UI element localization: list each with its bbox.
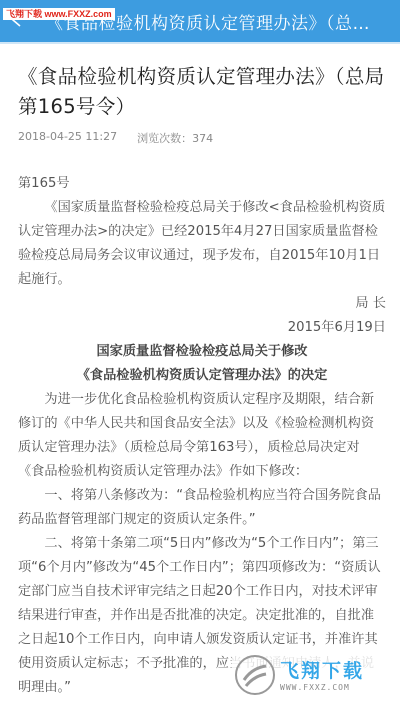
watermark-logo-icon <box>234 654 276 696</box>
watermark-top: 飞翔下载 www.FXXZ.com <box>3 8 115 20</box>
header-divider <box>0 42 400 44</box>
article: 《食品检验机构资质认定管理办法》（总局第165号令） 2018-04-25 11… <box>18 62 386 700</box>
watermark-bottom: 飞翔下载 WWW.FXXZ.COM <box>232 651 390 699</box>
article-meta: 2018-04-25 11:27 浏览次数：374 <box>18 130 386 146</box>
publish-date: 2018-04-25 11:27 <box>18 130 117 146</box>
view-count: 浏览次数：374 <box>137 130 213 146</box>
paragraph-intro: 《国家质量监督检验检疫总局关于修改<食品检验机构资质认定管理办法>的决定》已经2… <box>18 196 386 292</box>
decision-heading-line2: 《食品检验机构资质认定管理办法》的决定 <box>18 364 386 388</box>
signature-title: 局 长 <box>18 292 386 316</box>
decision-heading-line1: 国家质量监督检验检疫总局关于修改 <box>18 340 386 364</box>
back-button[interactable] <box>0 0 34 42</box>
watermark-cn: 飞翔下载 <box>280 659 364 683</box>
article-title: 《食品检验机构资质认定管理办法》（总局第165号令） <box>18 62 386 122</box>
paragraph-order-number: 第165号 <box>18 172 386 196</box>
top-nav-bar: 《食品检验机构资质认定管理办法》（总… <box>0 0 400 42</box>
paragraph-preamble: 为进一步优化食品检验机构资质认定程序及期限，结合新修订的《中华人民共和国食品安全… <box>18 388 386 484</box>
paragraph-item-1: 一、将第八条修改为：“食品检验机构应当符合国务院食品药品监督管理部门规定的资质认… <box>18 484 386 532</box>
article-body: 第165号 《国家质量监督检验检疫总局关于修改<食品检验机构资质认定管理办法>的… <box>18 172 386 700</box>
signature-date: 2015年6月19日 <box>18 316 386 340</box>
watermark-url: WWW.FXXZ.COM <box>280 683 364 692</box>
